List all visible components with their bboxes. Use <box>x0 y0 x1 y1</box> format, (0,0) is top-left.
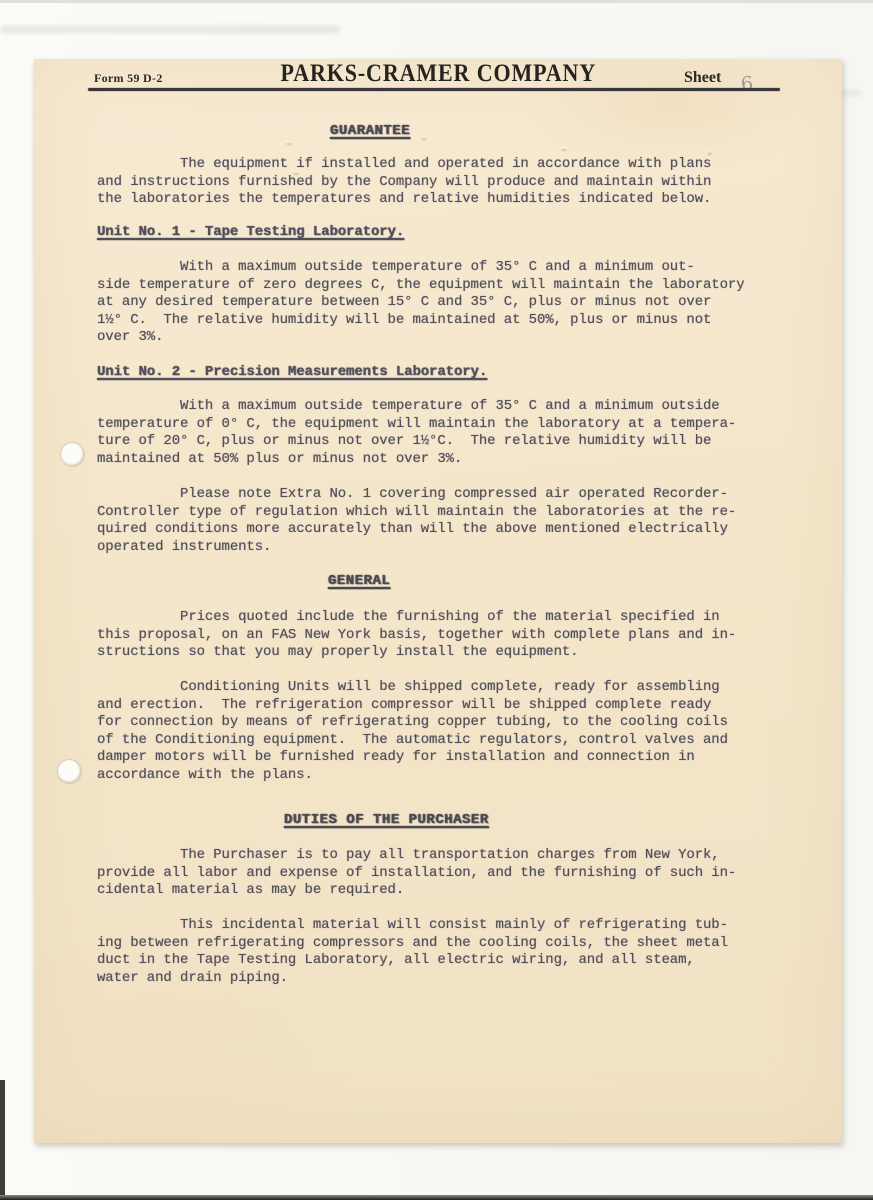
scan-streak <box>0 26 340 33</box>
punch-hole-top <box>61 443 84 466</box>
duties-section-title: DUTIES OF THE PURCHASER <box>284 812 489 830</box>
general-section-title: GENERAL <box>328 573 390 591</box>
header-rule <box>88 88 780 91</box>
scanned-document-page: Form 59 D-2 PARKS-CRAMER COMPANY Sheet 6… <box>34 59 842 1143</box>
unit1-heading: Unit No. 1 - Tape Testing Laboratory. <box>97 224 404 242</box>
scan-edge-left-sliver <box>0 1080 5 1200</box>
unit1-paragraph: With a maximum outside temperature of 35… <box>97 259 797 347</box>
paper-speck <box>420 137 428 141</box>
sheet-label: Sheet <box>684 69 721 87</box>
general-paragraph-2: Conditioning Units will be shipped compl… <box>97 679 797 784</box>
company-name: PARKS-CRAMER COMPANY <box>280 60 596 88</box>
scan-edge-top <box>0 0 873 3</box>
unit2-heading: Unit No. 2 - Precision Measurements Labo… <box>97 364 487 382</box>
guarantee-section-title: GUARANTEE <box>330 123 410 141</box>
duties-paragraph-1: The Purchaser is to pay all transportati… <box>97 847 797 900</box>
scan-edge-bottom <box>0 1195 873 1200</box>
duties-paragraph-2: This incidental material will consist ma… <box>97 917 797 987</box>
general-paragraph-1: Prices quoted include the furnishing of … <box>97 609 797 662</box>
extra-note-paragraph: Please note Extra No. 1 covering compres… <box>97 486 797 556</box>
paper-speck <box>560 148 568 152</box>
sheet-number-handwritten: 6 <box>740 73 754 96</box>
unit2-paragraph: With a maximum outside temperature of 35… <box>97 398 797 468</box>
punch-hole-bottom <box>58 760 81 783</box>
guarantee-intro-paragraph: The equipment if installed and operated … <box>97 156 797 209</box>
paper-speck <box>285 142 293 146</box>
